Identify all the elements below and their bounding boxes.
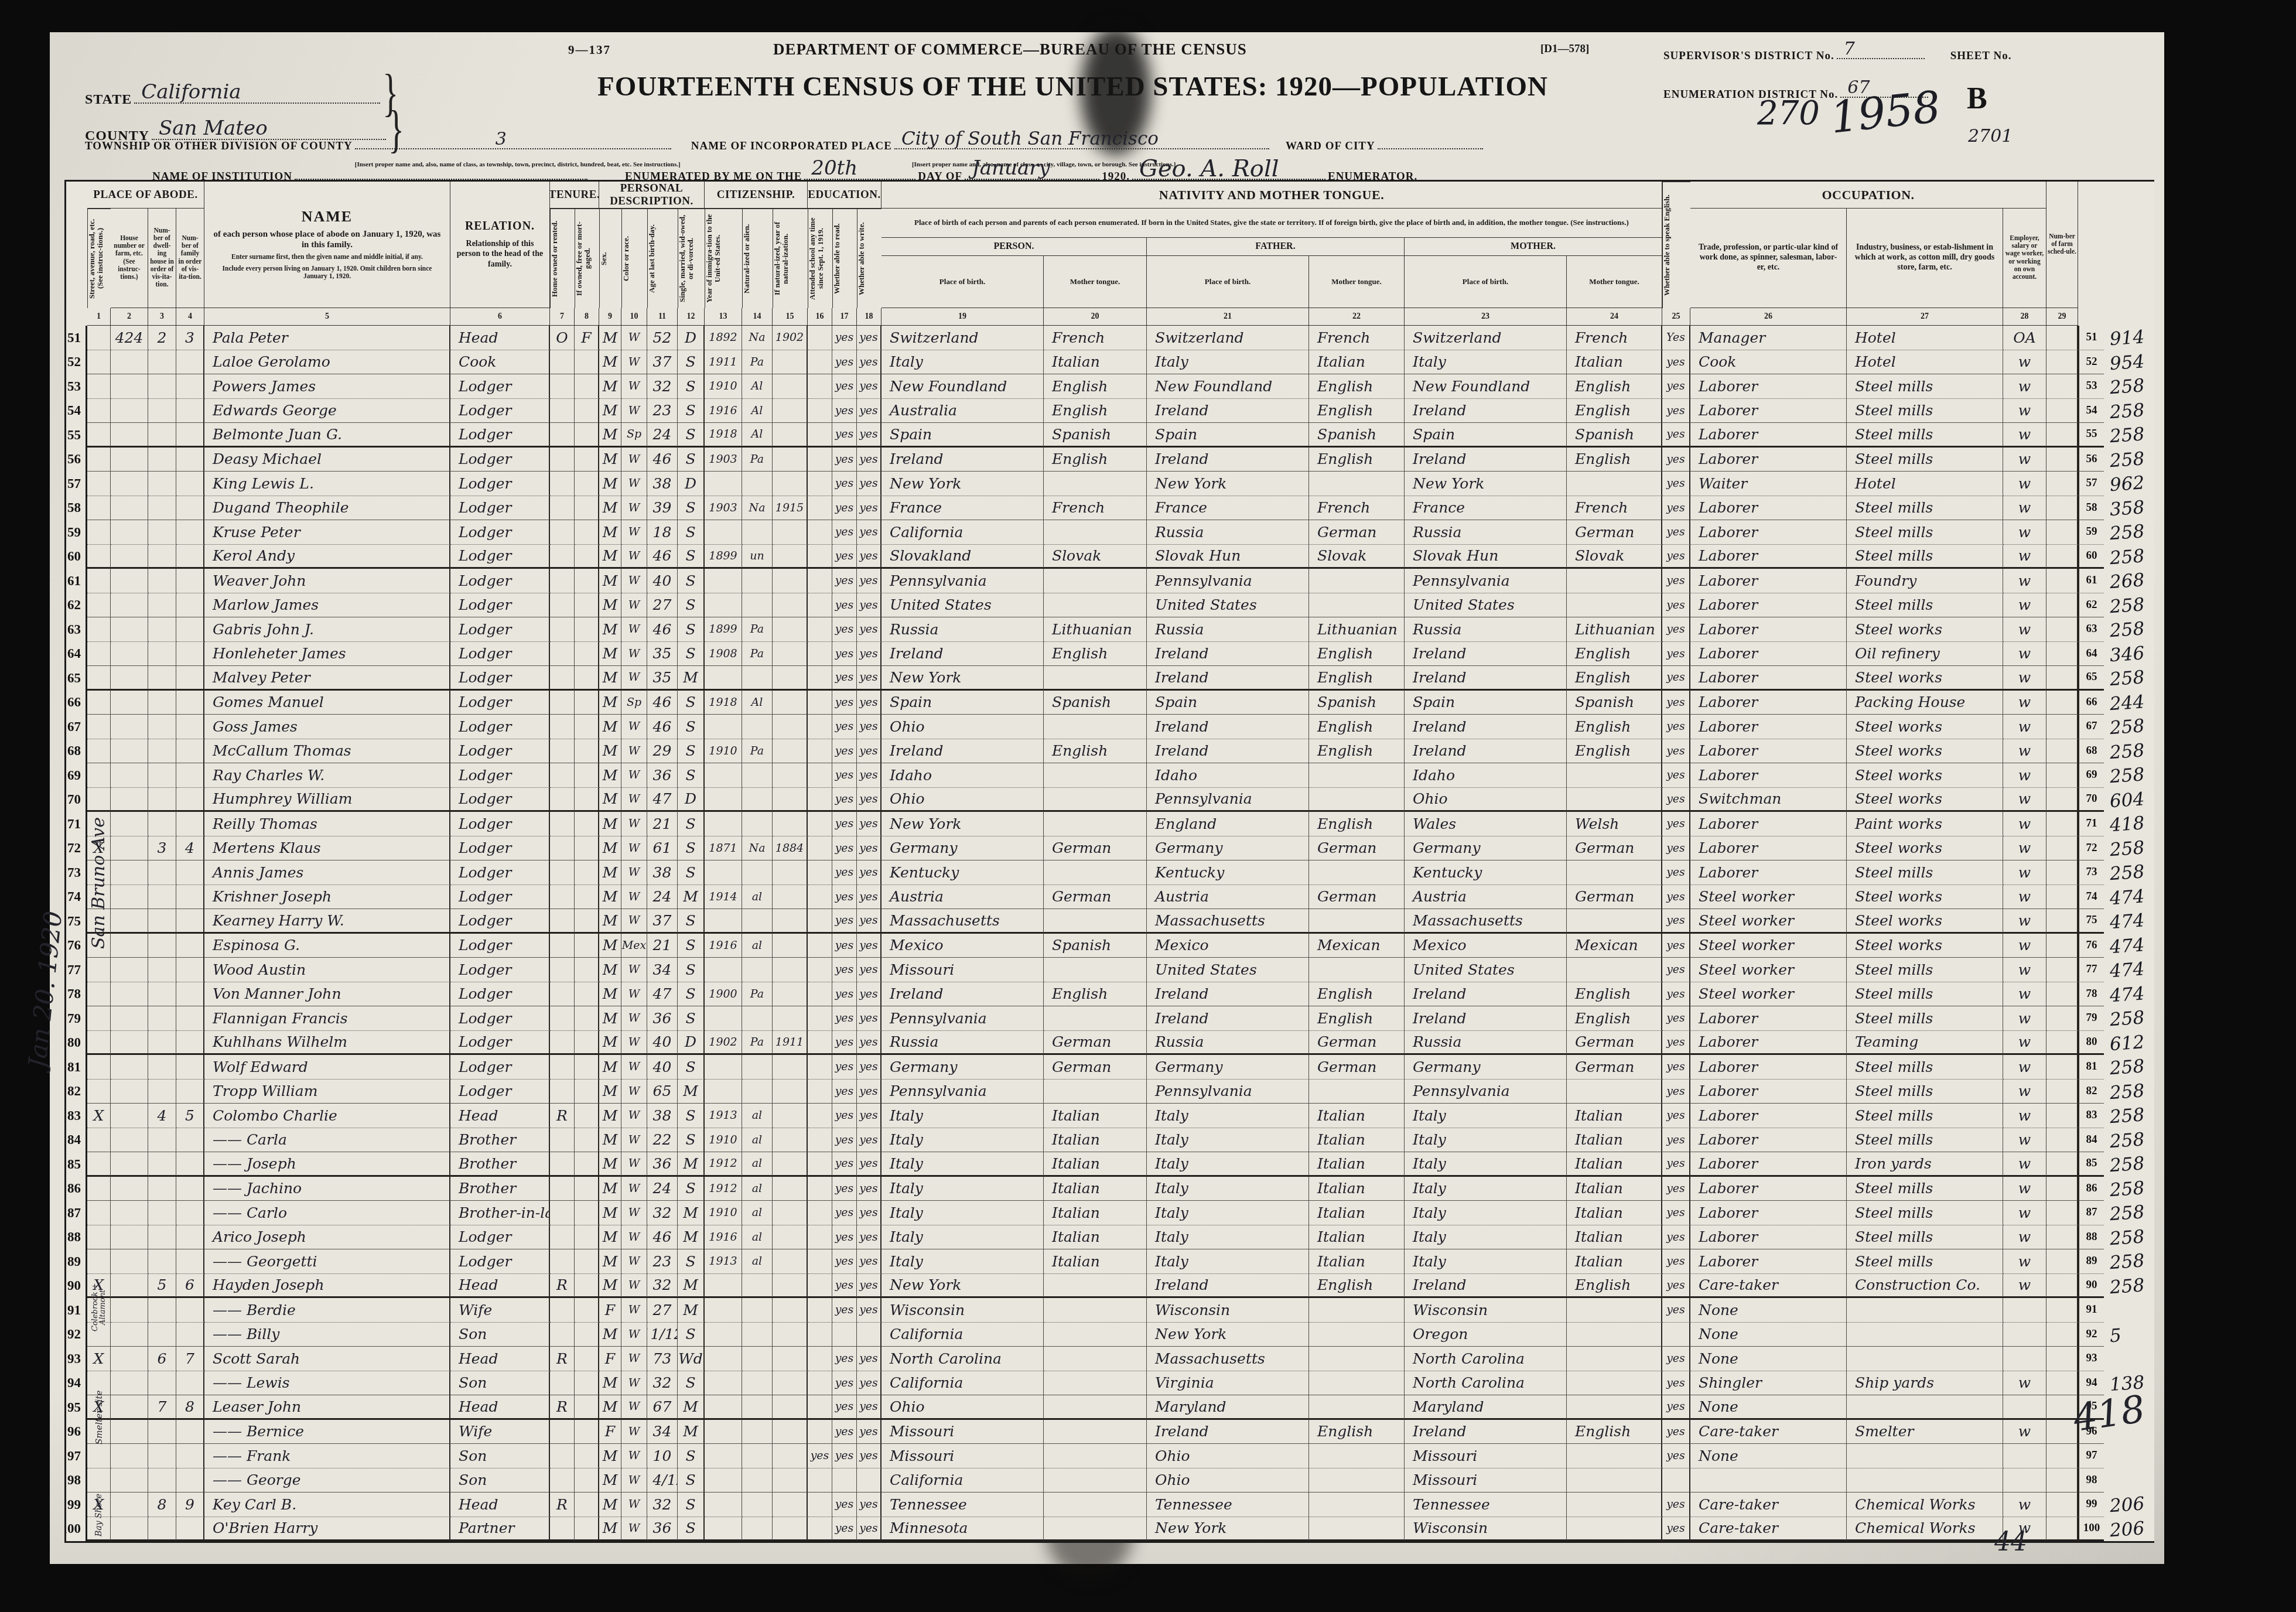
form-header: 9—137 DEPARTMENT OF COMMERCE—BUREAU OF T… <box>82 40 2141 187</box>
r85-na: al <box>742 1152 773 1177</box>
line-number-right: 93 <box>2078 1347 2104 1371</box>
r84-age: 22 <box>647 1128 678 1153</box>
header-cell: Num-ber of dwell-ing house in order of v… <box>148 209 176 308</box>
r69-fpb: Idaho <box>1147 763 1309 788</box>
r98-farm <box>2046 1468 2078 1493</box>
r52-wr: yes <box>857 350 881 375</box>
r94-mpb: North Carolina <box>1405 1371 1567 1396</box>
column-number: 10 <box>621 308 647 326</box>
r76-emp: w <box>2003 934 2046 958</box>
r55-ind: Steel mills <box>1847 423 2003 448</box>
line-number-right: 94 <box>2078 1371 2104 1396</box>
r93-col: W <box>621 1347 647 1371</box>
line-number: 82 <box>66 1080 87 1104</box>
r100-col: W <box>621 1517 647 1542</box>
r64-hn <box>111 642 148 667</box>
r51-name: Pala Peter <box>204 326 450 350</box>
r90-occ: Care-taker <box>1690 1274 1847 1299</box>
r68-mort <box>575 739 599 764</box>
line-number: 63 <box>66 617 87 642</box>
r68-pb: Ireland <box>881 739 1044 764</box>
r59-dw <box>148 520 176 545</box>
r62-col: W <box>621 593 647 618</box>
r72-na: Na <box>742 836 773 861</box>
header-cell: TENURE. <box>550 182 599 209</box>
r67-emp: w <box>2003 715 2046 739</box>
r79-mmt: English <box>1567 1006 1662 1031</box>
r93-ind <box>1847 1347 2003 1371</box>
r98-age: 2 4/12 <box>647 1468 678 1493</box>
r73-occ: Laborer <box>1690 860 1847 885</box>
r71-im <box>705 812 742 836</box>
r64-name: Honleheter James <box>204 642 450 667</box>
r63-sch <box>808 617 832 642</box>
r88-fa <box>176 1225 204 1250</box>
line-number: 76 <box>66 934 87 958</box>
r59-fpb: Russia <box>1147 520 1309 545</box>
r92-en <box>1662 1323 1690 1347</box>
r66-rd: yes <box>832 691 857 715</box>
r55-fpb: Spain <box>1147 423 1309 448</box>
r88-mmt: Italian <box>1567 1225 1662 1250</box>
r64-fa <box>176 642 204 667</box>
r74-mort <box>575 885 599 910</box>
r68-farm <box>2046 739 2078 764</box>
margin-number <box>2103 1345 2155 1372</box>
r61-wr: yes <box>857 569 881 593</box>
margin-number: 962 <box>2103 470 2155 497</box>
r82-hn <box>111 1080 148 1104</box>
r61-mar: S <box>678 569 705 593</box>
sheet-label: SHEET No. <box>1950 50 2012 62</box>
r57-mmt <box>1567 472 1662 496</box>
header-cell <box>2104 182 2154 326</box>
r100-age: 36 <box>647 1517 678 1542</box>
r73-na <box>742 860 773 885</box>
r67-im <box>705 715 742 739</box>
column-number: 19 <box>881 308 1044 326</box>
r52-fa <box>176 350 204 375</box>
line-number-right: 66 <box>2078 691 2104 715</box>
r62-en: yes <box>1662 593 1690 618</box>
r69-pb: Idaho <box>881 763 1044 788</box>
line-number-right: 83 <box>2078 1104 2104 1128</box>
r54-fa <box>176 399 204 424</box>
r65-own <box>550 666 575 691</box>
r87-col: W <box>621 1201 647 1225</box>
r58-mt: French <box>1044 496 1147 521</box>
r83-mpb: Italy <box>1405 1104 1567 1128</box>
r80-fmt: German <box>1309 1031 1405 1056</box>
r71-hn <box>111 812 148 836</box>
r71-mar: S <box>678 812 705 836</box>
r88-col: W <box>621 1225 647 1250</box>
street-name-note: Bay Shore <box>87 1491 111 1539</box>
r76-farm <box>2046 934 2078 958</box>
r74-en: yes <box>1662 885 1690 910</box>
r54-ind: Steel mills <box>1847 399 2003 424</box>
r89-fpb: Italy <box>1147 1249 1309 1274</box>
r58-fmt: French <box>1309 496 1405 521</box>
r61-mort <box>575 569 599 593</box>
margin-number: 258 <box>2103 397 2155 425</box>
r55-name: Belmonte Juan G. <box>204 423 450 448</box>
r87-emp: w <box>2003 1201 2046 1225</box>
r73-mort <box>575 860 599 885</box>
header-cell: PERSONAL DESCRIPTION. <box>599 182 705 209</box>
r66-mpb: Spain <box>1405 691 1567 715</box>
r99-sch <box>808 1493 832 1517</box>
township-label: TOWNSHIP OR OTHER DIVISION OF COUNTY <box>85 140 353 152</box>
r57-im <box>705 472 742 496</box>
r73-age: 38 <box>647 860 678 885</box>
r89-yn <box>773 1249 808 1274</box>
r82-rel: Lodger <box>450 1080 550 1104</box>
r60-mort <box>575 545 599 569</box>
r87-st <box>87 1201 111 1225</box>
header-cell: House number or farm, etc. (See instruc-… <box>111 209 148 308</box>
r71-age: 21 <box>647 812 678 836</box>
r85-name: —— Joseph <box>204 1152 450 1177</box>
r55-occ: Laborer <box>1690 423 1847 448</box>
line-number: 95 <box>66 1395 87 1420</box>
r63-ind: Steel works <box>1847 617 2003 642</box>
r74-hn <box>111 885 148 910</box>
r68-hn <box>111 739 148 764</box>
r59-mar: S <box>678 520 705 545</box>
r85-sex: M <box>599 1152 621 1177</box>
r57-sch <box>808 472 832 496</box>
r54-fpb: Ireland <box>1147 399 1309 424</box>
r67-mt <box>1044 715 1147 739</box>
r91-ind <box>1847 1298 2003 1323</box>
r52-dw <box>148 350 176 375</box>
r100-mpb: Wisconsin <box>1405 1517 1567 1542</box>
place-blank: City of South San Francisco [Insert prop… <box>894 148 1269 149</box>
margin-number: 258 <box>2103 616 2155 643</box>
r77-sch <box>808 958 832 982</box>
r56-rd: yes <box>832 448 857 472</box>
r56-st <box>87 448 111 472</box>
r78-mort <box>575 982 599 1007</box>
supervisor-line: SUPERVISOR'S DISTRICT No. 7 SHEET No. <box>1663 50 2011 63</box>
line-number: 56 <box>66 448 87 472</box>
r95-mpb: Maryland <box>1405 1395 1567 1420</box>
r79-fpb: Ireland <box>1147 1006 1309 1031</box>
margin-number: 258 <box>2103 518 2155 546</box>
r97-farm <box>2046 1444 2078 1468</box>
header-cell: EDUCATION. <box>808 182 881 209</box>
r57-emp: w <box>2003 472 2046 496</box>
r62-sch <box>808 593 832 618</box>
r99-fpb: Tennessee <box>1147 1493 1309 1517</box>
r85-farm <box>2046 1152 2078 1177</box>
r89-mmt: Italian <box>1567 1249 1662 1274</box>
r53-dw <box>148 374 176 399</box>
r78-fpb: Ireland <box>1147 982 1309 1007</box>
r80-mar: D <box>678 1031 705 1056</box>
header-cell: MOTHER.Place of birth.Mother tongue. <box>1405 238 1662 308</box>
r72-sch <box>808 836 832 861</box>
r89-im: 1913 <box>705 1249 742 1274</box>
r70-fa <box>176 788 204 812</box>
line-number: 60 <box>66 545 87 569</box>
line-number: 90 <box>66 1274 87 1299</box>
r56-fpb: Ireland <box>1147 448 1309 472</box>
r51-mt: French <box>1044 326 1147 350</box>
r84-mort <box>575 1128 599 1153</box>
r66-emp: w <box>2003 691 2046 715</box>
r83-sex: M <box>599 1104 621 1128</box>
r91-en: yes <box>1662 1298 1690 1323</box>
r71-na <box>742 812 773 836</box>
r58-rd: yes <box>832 496 857 521</box>
r79-sch <box>808 1006 832 1031</box>
r62-na <box>742 593 773 618</box>
r75-sex: M <box>599 909 621 934</box>
line-number: 83 <box>66 1104 87 1128</box>
r51-rel: Head <box>450 326 550 350</box>
r99-im <box>705 1493 742 1517</box>
r95-yn <box>773 1395 808 1420</box>
r81-mpb: Germany <box>1405 1055 1567 1080</box>
r52-st <box>87 350 111 375</box>
r88-farm <box>2046 1225 2078 1250</box>
margin-number: 346 <box>2103 640 2155 668</box>
r80-name: Kuhlhans Wilhelm <box>204 1031 450 1056</box>
r65-wr: yes <box>857 666 881 691</box>
r84-occ: Laborer <box>1690 1128 1847 1153</box>
r79-dw <box>148 1006 176 1031</box>
r93-farm <box>2046 1347 2078 1371</box>
r82-ind: Steel mills <box>1847 1080 2003 1104</box>
r63-col: W <box>621 617 647 642</box>
r98-occ <box>1690 1468 1847 1493</box>
r83-pb: Italy <box>881 1104 1044 1128</box>
r79-col: W <box>621 1006 647 1031</box>
r58-fpb: France <box>1147 496 1309 521</box>
r54-mpb: Ireland <box>1405 399 1567 424</box>
r74-occ: Steel worker <box>1690 885 1847 910</box>
r57-fpb: New York <box>1147 472 1309 496</box>
r63-dw <box>148 617 176 642</box>
r52-pb: Italy <box>881 350 1044 375</box>
r80-pb: Russia <box>881 1031 1044 1056</box>
r85-mort <box>575 1152 599 1177</box>
r71-emp: w <box>2003 812 2046 836</box>
r96-pb: Missouri <box>881 1420 1044 1444</box>
line-number: 99 <box>66 1493 87 1517</box>
r67-fa <box>176 715 204 739</box>
r61-own <box>550 569 575 593</box>
r55-mar: S <box>678 423 705 448</box>
r79-na <box>742 1006 773 1031</box>
r74-wr: yes <box>857 885 881 910</box>
r78-rd: yes <box>832 982 857 1007</box>
r62-own <box>550 593 575 618</box>
r99-wr: yes <box>857 1493 881 1517</box>
township-line: TOWNSHIP OR OTHER DIVISION OF COUNTY 3 [… <box>85 140 1483 153</box>
r78-col: W <box>621 982 647 1007</box>
r78-occ: Steel worker <box>1690 982 1847 1007</box>
r89-hn <box>111 1249 148 1274</box>
r100-mar: S <box>678 1517 705 1542</box>
r86-hn <box>111 1177 148 1201</box>
r82-col: W <box>621 1080 647 1104</box>
r68-col: W <box>621 739 647 764</box>
r100-pb: Minnesota <box>881 1517 1044 1542</box>
r92-wr <box>857 1323 881 1347</box>
header-cell: CITIZENSHIP. <box>705 182 808 209</box>
r99-col: W <box>621 1493 647 1517</box>
r82-yn <box>773 1080 808 1104</box>
r98-en <box>1662 1468 1690 1493</box>
r80-en: yes <box>1662 1031 1690 1056</box>
enum-day-value: 20th <box>811 156 857 180</box>
r100-rd: yes <box>832 1517 857 1542</box>
r77-ind: Steel mills <box>1847 958 2003 982</box>
r90-age: 32 <box>647 1274 678 1299</box>
r61-fa <box>176 569 204 593</box>
r56-own <box>550 448 575 472</box>
r72-yn: 1884 <box>773 836 808 861</box>
r98-col: W <box>621 1468 647 1493</box>
r75-pb: Massachusetts <box>881 909 1044 934</box>
r79-yn <box>773 1006 808 1031</box>
r98-pb: California <box>881 1468 1044 1493</box>
r74-own <box>550 885 575 910</box>
r79-occ: Laborer <box>1690 1006 1847 1031</box>
r52-sch <box>808 350 832 375</box>
r69-farm <box>2046 763 2078 788</box>
header-cell: PLACE OF ABODE. <box>87 182 204 209</box>
margin-number: 474 <box>2103 907 2155 935</box>
r76-rel: Lodger <box>450 934 550 958</box>
r58-na: Na <box>742 496 773 521</box>
r81-emp: w <box>2003 1055 2046 1080</box>
r66-age: 46 <box>647 691 678 715</box>
r88-mar: M <box>678 1225 705 1250</box>
r65-rel: Lodger <box>450 666 550 691</box>
r91-col: W <box>621 1298 647 1323</box>
r52-mt: Italian <box>1044 350 1147 375</box>
r72-age: 61 <box>647 836 678 861</box>
header-cell: Whether able to read. <box>832 209 857 308</box>
r86-sex: M <box>599 1177 621 1201</box>
r54-own <box>550 399 575 424</box>
margin-number <box>2103 1296 2155 1324</box>
r83-age: 38 <box>647 1104 678 1128</box>
margin-number: 258 <box>2103 859 2155 886</box>
r92-sex: M <box>599 1323 621 1347</box>
street-name-note: San Bruno Ave <box>87 678 111 1088</box>
r98-rel: Son <box>450 1468 550 1493</box>
r67-yn <box>773 715 808 739</box>
r88-en: yes <box>1662 1225 1690 1250</box>
r62-yn <box>773 593 808 618</box>
r91-yn <box>773 1298 808 1323</box>
r58-yn: 1915 <box>773 496 808 521</box>
r97-rd: yes <box>832 1444 857 1468</box>
r55-wr: yes <box>857 423 881 448</box>
r93-en: yes <box>1662 1347 1690 1371</box>
supervisor-value: 7 <box>1844 39 1855 59</box>
r92-yn <box>773 1323 808 1347</box>
r63-fpb: Russia <box>1147 617 1309 642</box>
r84-im: 1910 <box>705 1128 742 1153</box>
r93-hn <box>111 1347 148 1371</box>
r97-na <box>742 1444 773 1468</box>
r67-hn <box>111 715 148 739</box>
r61-st <box>87 569 111 593</box>
r89-mpb: Italy <box>1405 1249 1567 1274</box>
r54-emp: w <box>2003 399 2046 424</box>
r51-na: Na <box>742 326 773 350</box>
r74-fa <box>176 885 204 910</box>
r94-mmt <box>1567 1371 1662 1396</box>
r100-dw <box>148 1517 176 1542</box>
r60-st <box>87 545 111 569</box>
r78-fa <box>176 982 204 1007</box>
r89-sch <box>808 1249 832 1274</box>
r52-mort <box>575 350 599 375</box>
r86-st <box>87 1177 111 1201</box>
r89-name: —— Georgetti <box>204 1249 450 1274</box>
r61-age: 40 <box>647 569 678 593</box>
r96-emp: w <box>2003 1420 2046 1444</box>
r76-name: Espinosa G. <box>204 934 450 958</box>
r71-fpb: England <box>1147 812 1309 836</box>
r100-en: yes <box>1662 1517 1690 1542</box>
r68-en: yes <box>1662 739 1690 764</box>
r61-fmt <box>1309 569 1405 593</box>
r60-hn <box>111 545 148 569</box>
r62-pb: United States <box>881 593 1044 618</box>
r67-fpb: Ireland <box>1147 715 1309 739</box>
r92-sch <box>808 1323 832 1347</box>
r93-occ: None <box>1690 1347 1847 1371</box>
r74-sch <box>808 885 832 910</box>
r84-yn <box>773 1128 808 1153</box>
r83-sch <box>808 1104 832 1128</box>
r83-mar: S <box>678 1104 705 1128</box>
r52-mpb: Italy <box>1405 350 1567 375</box>
r95-occ: None <box>1690 1395 1847 1420</box>
r67-en: yes <box>1662 715 1690 739</box>
r88-dw <box>148 1225 176 1250</box>
r87-mort <box>575 1201 599 1225</box>
r69-sch <box>808 763 832 788</box>
r68-sch <box>808 739 832 764</box>
line-number-right: 58 <box>2078 496 2104 521</box>
r66-col: Sp <box>621 691 647 715</box>
line-number-right: 59 <box>2078 520 2104 545</box>
r75-yn <box>773 909 808 934</box>
r63-fa <box>176 617 204 642</box>
r74-name: Krishner Joseph <box>204 885 450 910</box>
r75-own <box>550 909 575 934</box>
r63-mmt: Lithuanian <box>1567 617 1662 642</box>
r85-occ: Laborer <box>1690 1152 1847 1177</box>
r59-col: W <box>621 520 647 545</box>
r55-en: yes <box>1662 423 1690 448</box>
r53-ind: Steel mills <box>1847 374 2003 399</box>
line-number-right: 69 <box>2078 763 2104 788</box>
r94-rel: Son <box>450 1371 550 1396</box>
r94-mar: S <box>678 1371 705 1396</box>
r91-mpb: Wisconsin <box>1405 1298 1567 1323</box>
r97-mt <box>1044 1444 1147 1468</box>
